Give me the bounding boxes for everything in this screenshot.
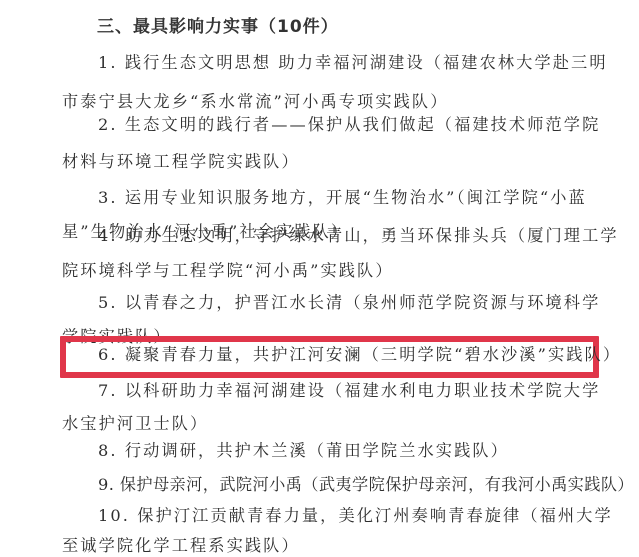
list-item-3-line-1: 3. 运用专业知识服务地方，开展“生物治水”（闽江学院“小蓝 [98,184,587,208]
list-item-2-line-2: 材料与环境工程学院实践队） [62,148,300,172]
list-item-10-line-2: 至诚学院化学工程系实践队） [62,532,300,556]
list-item-10-line-1: 10. 保护汀江贡献青春力量，美化汀州奏响青春旋律（福州大学 [98,502,613,526]
list-item-7-line-1: 7. 以科研助力幸福河湖建设（福建水利电力职业技术学院大学 [98,377,600,401]
list-item-7-line-2: 水宝护河卫士队） [62,410,208,434]
cropped-previous-line: ， ， ， ， ， ， [130,0,530,2]
list-item-4-line-2: 院环境科学与工程学院“河小禹”实践队） [62,257,394,281]
list-item-4-line-1: 4. 助力生态文明，守护绿水青山，勇当环保排头兵（厦门理工学 [98,222,619,246]
list-item-9-line-1: 9. 保护母亲河，武院河小禹（武夷学院保护母亲河，有我河小禹实践队） [98,471,634,495]
list-item-6-line-1-highlighted: 6. 凝聚青春力量，共护江河安澜（三明学院“碧水沙溪”实践队） [98,341,621,365]
list-item-8-line-1: 8. 行动调研，共护木兰溪（莆田学院兰水实践队） [98,437,509,461]
list-item-1-line-2: 市泰宁县大龙乡“系水常流”河小禹专项实践队） [62,88,449,112]
section-heading: 三、最具影响力实事（10件） [97,12,339,37]
list-item-2-line-1: 2. 生态文明的践行者——保护从我们做起（福建技术师范学院 [98,111,600,135]
document-page: ， ， ， ， ， ， 三、最具影响力实事（10件） 1. 践行生态文明思想 助… [0,0,639,557]
list-item-1-line-1: 1. 践行生态文明思想 助力幸福河湖建设（福建农林大学赴三明 [98,49,608,73]
list-item-5-line-1: 5. 以青春之力，护晋江水长清（泉州师范学院资源与环境科学 [98,289,600,313]
